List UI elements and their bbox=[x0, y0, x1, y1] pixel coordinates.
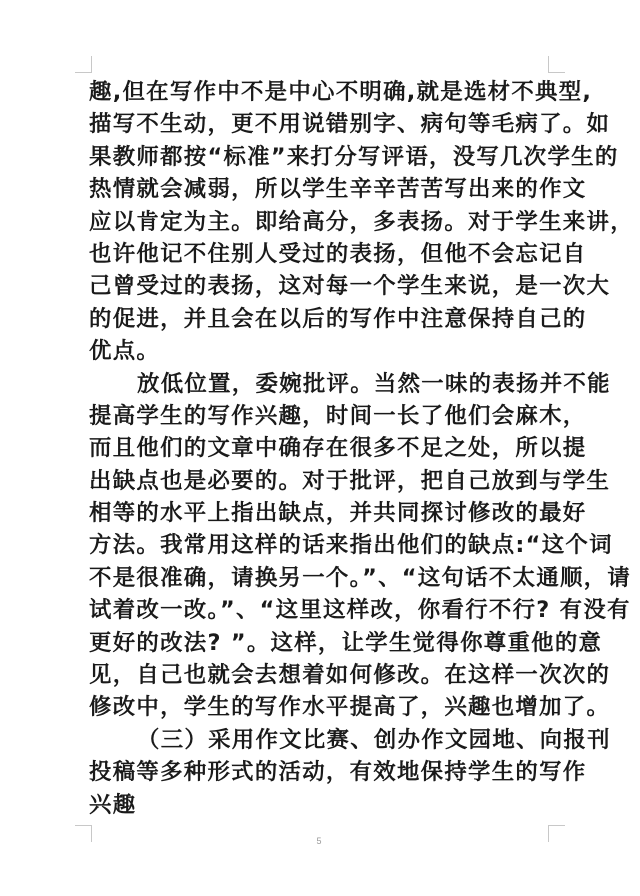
document-page: 趣,但在写作中不是中心不明确,就是选材不典型, 描写不生动，更不用说错别字、病句… bbox=[0, 0, 640, 896]
text-line: 趣,但在写作中不是中心不明确,就是选材不典型, bbox=[89, 76, 553, 108]
text-line: 不是很准确，请换另一个。”、“这句话不太通顺，请 bbox=[89, 562, 553, 594]
text-line: 提高学生的写作兴趣，时间一长了他们会麻木， bbox=[89, 400, 553, 432]
text-line: 方法。我常用这样的话来指出他们的缺点:“这个词 bbox=[89, 529, 553, 561]
text-line: 见，自己也就会去想着如何修改。在这样一次次的 bbox=[89, 659, 553, 691]
top-left-margin-mark bbox=[75, 56, 92, 73]
bottom-left-margin-mark bbox=[75, 825, 92, 842]
page-number: 5 bbox=[312, 836, 326, 846]
paragraph-start-line: 放低位置，委婉批评。当然一味的表扬并不能 bbox=[89, 368, 553, 400]
section-heading-line: 兴趣 bbox=[89, 789, 553, 821]
text-line: 也许他记不住别人受过的表扬，但他不会忘记自 bbox=[89, 238, 553, 270]
document-body: 趣,但在写作中不是中心不明确,就是选材不典型, 描写不生动，更不用说错别字、病句… bbox=[89, 76, 553, 821]
text-line: 更好的改法? ”。这样，让学生觉得你尊重他的意 bbox=[89, 627, 553, 659]
top-right-margin-mark bbox=[548, 56, 565, 73]
text-line: 己曾受过的表扬，这对每一个学生来说，是一次大 bbox=[89, 270, 553, 302]
section-heading-line: 投稿等多种形式的活动，有效地保持学生的写作 bbox=[89, 756, 553, 788]
bottom-right-margin-mark bbox=[548, 825, 565, 842]
text-line: 的促进，并且会在以后的写作中注意保持自己的 bbox=[89, 303, 553, 335]
text-line: 描写不生动，更不用说错别字、病句等毛病了。如 bbox=[89, 108, 553, 140]
text-line: 试着改一改。”、“这里这样改，你看行不行? 有没有 bbox=[89, 594, 553, 626]
text-line: 相等的水平上指出缺点，并共同探讨修改的最好 bbox=[89, 497, 553, 529]
text-line: 修改中，学生的写作水平提高了，兴趣也增加了。 bbox=[89, 691, 553, 723]
text-line: 优点。 bbox=[89, 335, 553, 367]
text-line: 应以肯定为主。即给高分，多表扬。对于学生来讲， bbox=[89, 206, 553, 238]
text-line: 出缺点也是必要的。对于批评，把自己放到与学生 bbox=[89, 465, 553, 497]
text-line: 热情就会减弱，所以学生辛辛苦苦写出来的作文 bbox=[89, 173, 553, 205]
text-line: 果教师都按“标准”来打分写评语，没写几次学生的 bbox=[89, 141, 553, 173]
text-line: 而且他们的文章中确存在很多不足之处，所以提 bbox=[89, 432, 553, 464]
section-heading-line: （三）采用作文比赛、创办作文园地、向报刊 bbox=[89, 724, 553, 756]
